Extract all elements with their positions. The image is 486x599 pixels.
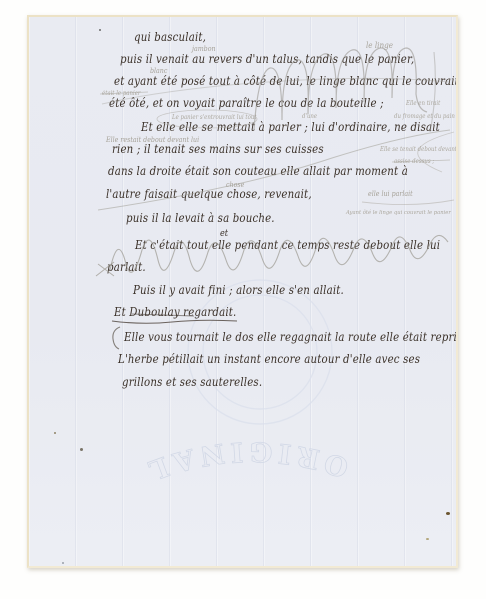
pencil-margin-curve-2 xyxy=(362,200,454,205)
ink-line: Elle vous tournait le dos elle regagnait… xyxy=(124,330,458,344)
watermark-text: ORIGINAL xyxy=(138,435,352,488)
manuscript-photo: ORIGINAL qui basculait, puis il venait a… xyxy=(0,0,486,599)
pencil-note: blanc xyxy=(150,67,167,75)
manuscript-page: ORIGINAL qui basculait, puis il venait a… xyxy=(27,15,458,568)
ink-line: et ayant été posé tout à côté de lui, le… xyxy=(114,74,458,88)
svg-text:ORIGINAL: ORIGINAL xyxy=(138,435,352,488)
pencil-note: jambon xyxy=(192,45,216,53)
ink-line: rien ; il tenait ses mains sur ses cuiss… xyxy=(112,142,324,156)
ink-line: puis il venait au revers d'un talus, tan… xyxy=(120,52,414,66)
ink-line: dans la droite était son couteau elle al… xyxy=(108,164,408,178)
dust-speck xyxy=(446,512,450,515)
pencil-note: chose xyxy=(226,181,244,189)
pencil-note: elle lui parlait xyxy=(368,190,413,198)
ink-line: grillons et ses sauterelles. xyxy=(122,375,262,389)
dust-speck xyxy=(426,538,429,540)
ink-line: qui basculait, xyxy=(134,30,206,44)
pencil-note: Ayant ôté le linge qui couvrait le panie… xyxy=(346,210,451,216)
ink-line: L'herbe pétillait un instant encore auto… xyxy=(118,352,420,366)
ink-line: Et c'était tout elle pendant ce temps re… xyxy=(135,238,440,252)
ink-line: l'autre faisait quelque chose, revenait, xyxy=(106,187,312,201)
ink-line: puis il la levait à sa bouche. xyxy=(126,211,275,225)
ink-insertion: et xyxy=(220,229,228,239)
pencil-note: du fromage et du pain ; xyxy=(394,113,458,120)
dust-speck xyxy=(80,448,83,451)
dust-speck xyxy=(54,432,56,434)
pencil-note: le linge xyxy=(366,41,393,50)
ink-line: parlait. xyxy=(107,260,146,274)
dust-speck xyxy=(62,562,64,564)
ink-underline xyxy=(112,320,237,323)
pencil-note: d'une xyxy=(302,113,317,120)
pencil-note: Elle en tirait xyxy=(406,100,440,107)
pencil-note: Elle restait debout devant lui xyxy=(106,136,199,144)
ink-line: Et Duboulay regardait. xyxy=(114,305,236,319)
pencil-note: assise dessus ; xyxy=(394,158,434,165)
ink-line: Et elle elle se mettait à parler ; lui d… xyxy=(141,120,440,134)
dust-speck xyxy=(99,29,101,31)
original-watermark: ORIGINAL xyxy=(138,435,352,488)
pencil-note: était le panier xyxy=(102,90,141,97)
pencil-note: Le panier s'entrouvrait lui tout xyxy=(172,114,256,121)
pencil-note: Elle se tenait debout devant xyxy=(380,146,457,153)
ink-line: été ôté, et on voyait paraître le cou de… xyxy=(109,96,384,110)
ink-line: Puis il y avait fini ; alors elle s'en a… xyxy=(133,283,344,297)
margin-bracket xyxy=(113,327,120,349)
